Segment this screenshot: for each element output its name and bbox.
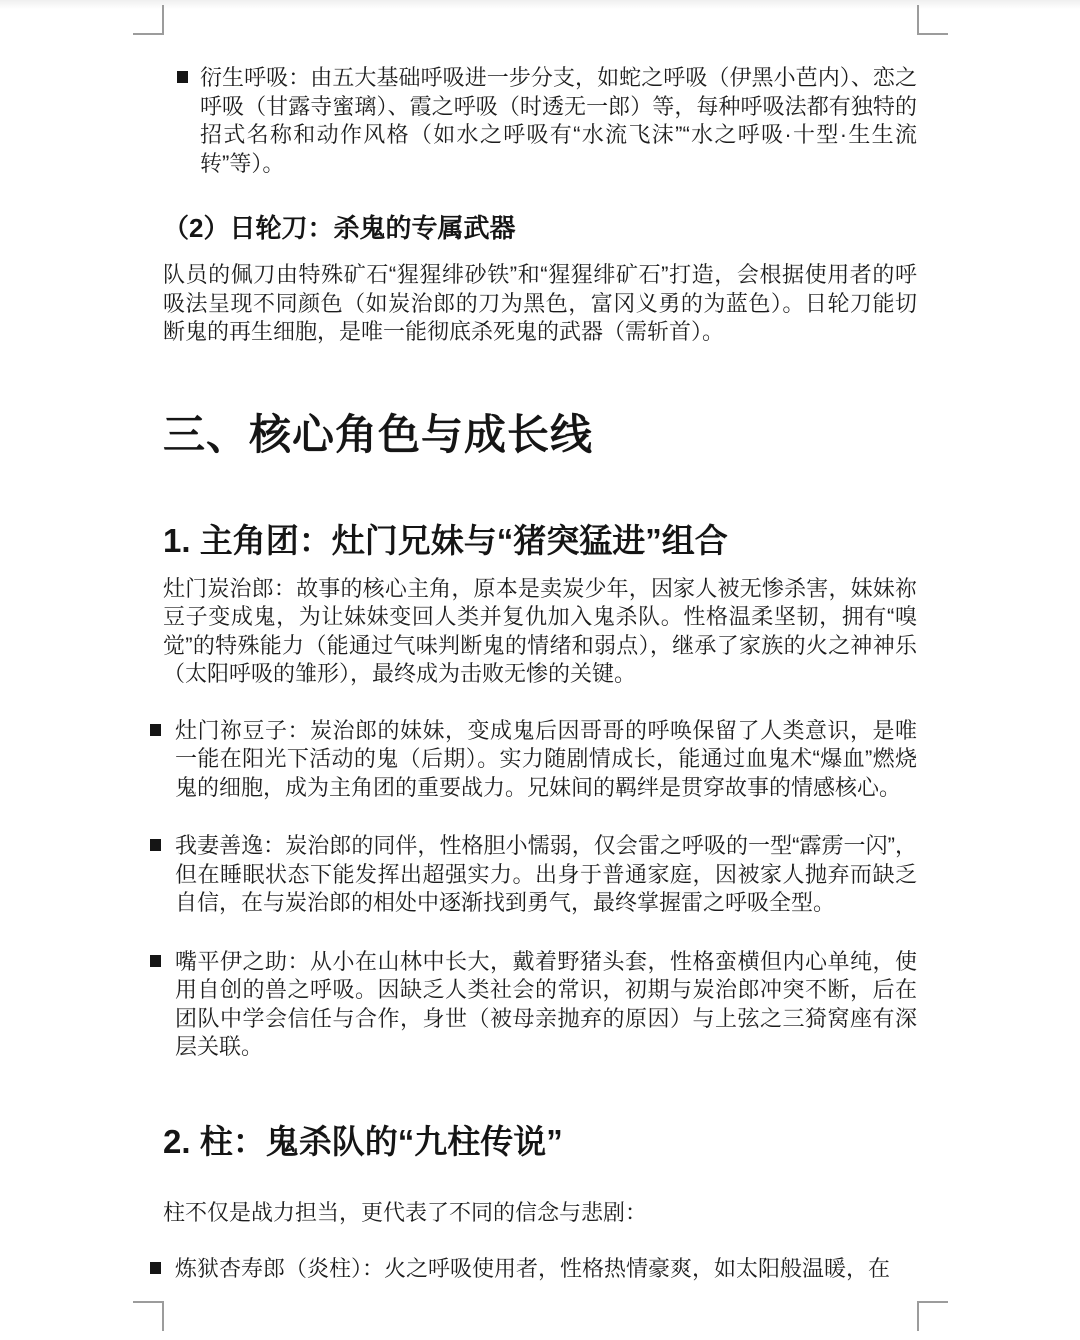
crop-mark-bottom-left <box>133 1301 164 1331</box>
crop-mark-top-right <box>917 5 948 35</box>
list-item: 嘴平伊之助：从小在山林中长大，戴着野猪头套，性格蛮横但内心单纯，使用自创的兽之呼… <box>163 948 917 1062</box>
derived-breathing-list: 衍生呼吸：由五大基础呼吸进一步分支，如蛇之呼吸（伊黑小芭内）、恋之呼吸（甘露寺蜜… <box>163 64 917 178</box>
character-list: 灶门祢豆子：炭治郎的妹妹，变成鬼后因哥哥的呼唤保留了人类意识，是唯一能在阳光下活… <box>163 717 917 1062</box>
bullet-square-icon <box>150 955 161 967</box>
list-item: 炼狱杏寿郎（炎柱）：火之呼吸使用者，性格热情豪爽，如太阳般温暖，在 <box>163 1255 917 1284</box>
document-content: 衍生呼吸：由五大基础呼吸进一步分支，如蛇之呼吸（伊黑小芭内）、恋之呼吸（甘露寺蜜… <box>163 0 917 1284</box>
bullet-square-icon <box>150 724 161 736</box>
list-item: 灶门祢豆子：炭治郎的妹妹，变成鬼后因哥哥的呼唤保留了人类意识，是唯一能在阳光下活… <box>163 717 917 803</box>
hashira-list: 炼狱杏寿郎（炎柱）：火之呼吸使用者，性格热情豪爽，如太阳般温暖，在 <box>163 1255 917 1284</box>
paragraph-hashira-intro: 柱不仅是战力担当，更代表了不同的信念与悲剧： <box>163 1199 917 1228</box>
chapter-heading: 三、核心角色与成长线 <box>163 409 917 461</box>
crop-mark-top-left <box>133 5 164 35</box>
list-item-text: 灶门祢豆子：炭治郎的妹妹，变成鬼后因哥哥的呼唤保留了人类意识，是唯一能在阳光下活… <box>175 718 917 800</box>
list-item-text: 衍生呼吸：由五大基础呼吸进一步分支，如蛇之呼吸（伊黑小芭内）、恋之呼吸（甘露寺蜜… <box>200 65 917 176</box>
paragraph-tanjiro: 灶门炭治郎：故事的核心主角，原本是卖炭少年，因家人被无惨杀害，妹妹祢豆子变成鬼，… <box>163 575 917 689</box>
paragraph-sword: 队员的佩刀由特殊矿石“猩猩绯砂铁”和“猩猩绯矿石”打造，会根据使用者的呼吸法呈现… <box>163 261 917 347</box>
crop-mark-bottom-right <box>917 1301 948 1331</box>
list-item: 我妻善逸：炭治郎的同伴，性格胆小懦弱，仅会雷之呼吸的一型“霹雳一闪”，但在睡眠状… <box>163 832 917 918</box>
list-item-text: 嘴平伊之助：从小在山林中长大，戴着野猪头套，性格蛮横但内心单纯，使用自创的兽之呼… <box>175 949 917 1060</box>
list-item-text: 我妻善逸：炭治郎的同伴，性格胆小懦弱，仅会雷之呼吸的一型“霹雳一闪”，但在睡眠状… <box>175 833 917 915</box>
bullet-square-icon <box>150 1262 161 1274</box>
document-page: 衍生呼吸：由五大基础呼吸进一步分支，如蛇之呼吸（伊黑小芭内）、恋之呼吸（甘露寺蜜… <box>0 0 1080 1340</box>
bullet-square-icon <box>177 71 188 83</box>
list-item-text: 炼狱杏寿郎（炎柱）：火之呼吸使用者，性格热情豪爽，如太阳般温暖，在 <box>175 1256 890 1281</box>
section-heading-hashira: 2. 柱：鬼杀队的“九柱传说” <box>163 1120 917 1164</box>
list-item: 衍生呼吸：由五大基础呼吸进一步分支，如蛇之呼吸（伊黑小芭内）、恋之呼吸（甘露寺蜜… <box>163 64 917 178</box>
bullet-square-icon <box>150 839 161 851</box>
section-heading-protagonists: 1. 主角团：灶门兄妹与“猪突猛进”组合 <box>163 519 917 563</box>
section-heading-sword: （2）日轮刀：杀鬼的专属武器 <box>163 211 917 245</box>
